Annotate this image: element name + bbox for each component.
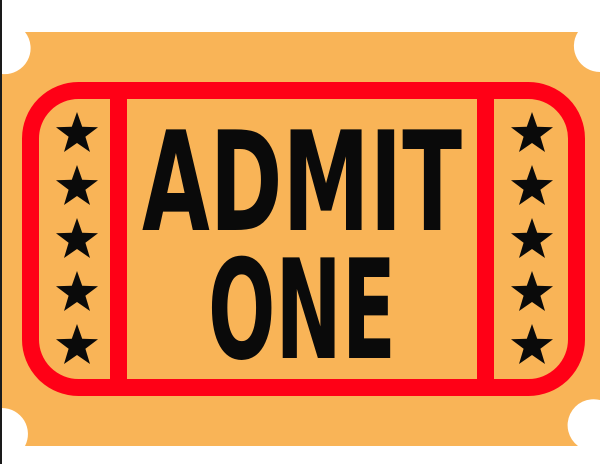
- left-divider: [110, 90, 127, 388]
- ticket-line-one: ONE: [208, 230, 396, 391]
- admit-one-ticket: ADMIT ONE: [0, 0, 602, 464]
- right-divider: [477, 90, 494, 388]
